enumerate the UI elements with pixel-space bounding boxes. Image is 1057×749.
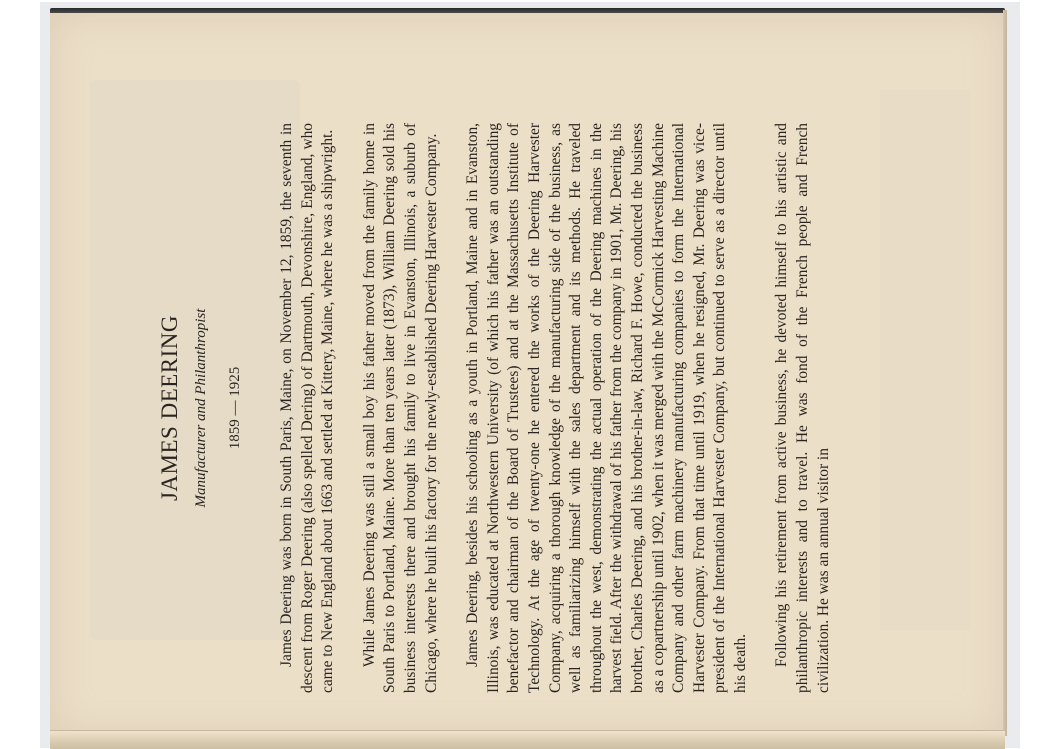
life-dates: 1859 — 1925: [225, 123, 245, 693]
paragraph-career: James Deering, besides his schooling as …: [463, 123, 751, 693]
book-spine-edge: [50, 730, 1005, 748]
page-title: JAMES DEERING: [155, 123, 185, 693]
scanned-page-image: JAMES DEERING Manufacturer and Philanthr…: [0, 0, 1057, 748]
paragraph-birth: James Deering was born in South Paris, M…: [277, 123, 339, 693]
rotated-text-column: JAMES DEERING Manufacturer and Philanthr…: [155, 123, 885, 693]
biography-body: James Deering was born in South Paris, M…: [277, 123, 834, 693]
paragraph-retirement: Following his retirement from active bus…: [772, 123, 834, 693]
paragraph-childhood: While James Deering was still a small bo…: [360, 123, 442, 693]
page-subtitle: Manufacturer and Philanthropist: [191, 123, 211, 693]
show-through-margin: [880, 90, 970, 630]
page-right-edge: [1003, 10, 1007, 736]
page-top-edge: [50, 8, 1005, 13]
